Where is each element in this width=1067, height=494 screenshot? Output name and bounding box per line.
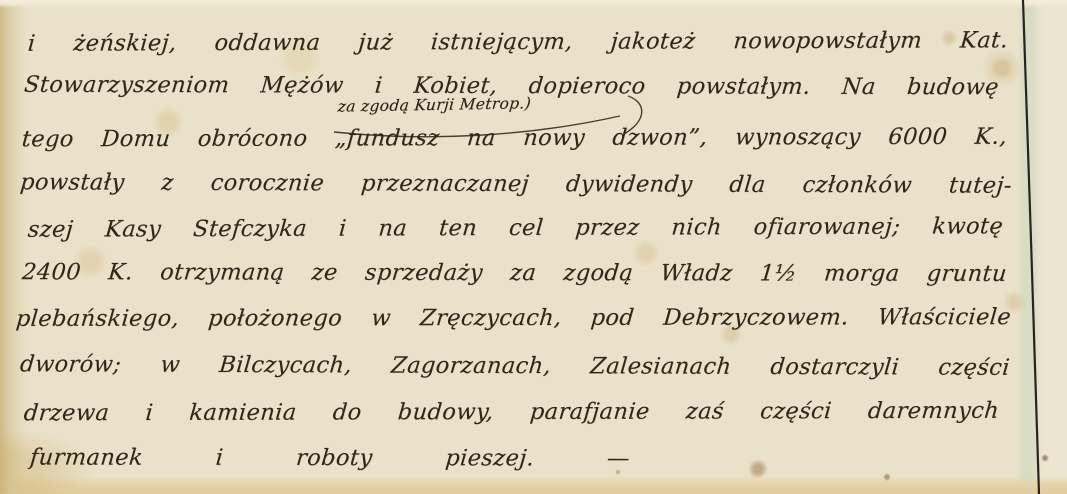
manuscript-line: szej Kasy Stefczyka i na ten cel przez n… xyxy=(26,208,1004,247)
manuscript-line: powstały z corocznie przeznaczanej dywid… xyxy=(19,164,1014,203)
manuscript-line: i żeńskiej, oddawna już istniejącym, jak… xyxy=(26,22,1009,61)
manuscript-line: plebańskiego, położonego w Zręczycach, p… xyxy=(14,299,1012,337)
manuscript-line: dworów; w Bilczycach, Zagorzanach, Zales… xyxy=(19,346,1012,385)
manuscript-line: 2400 K. otrzymaną ze sprzedaży za zgodą … xyxy=(20,254,1008,292)
manuscript-line: drzewa i kamienia do budowy, parafjanie … xyxy=(22,393,1000,432)
manuscript-page: i żeńskiej, oddawna już istniejącym, jak… xyxy=(0,0,1067,494)
manuscript-line: tego Domu obrócono „fundusz na nowy dzwo… xyxy=(20,119,1008,158)
interlinear-note: za zgodą Kurji Metrop.) xyxy=(337,91,639,116)
manuscript-line: furmanek i roboty pieszej. — xyxy=(28,439,631,476)
